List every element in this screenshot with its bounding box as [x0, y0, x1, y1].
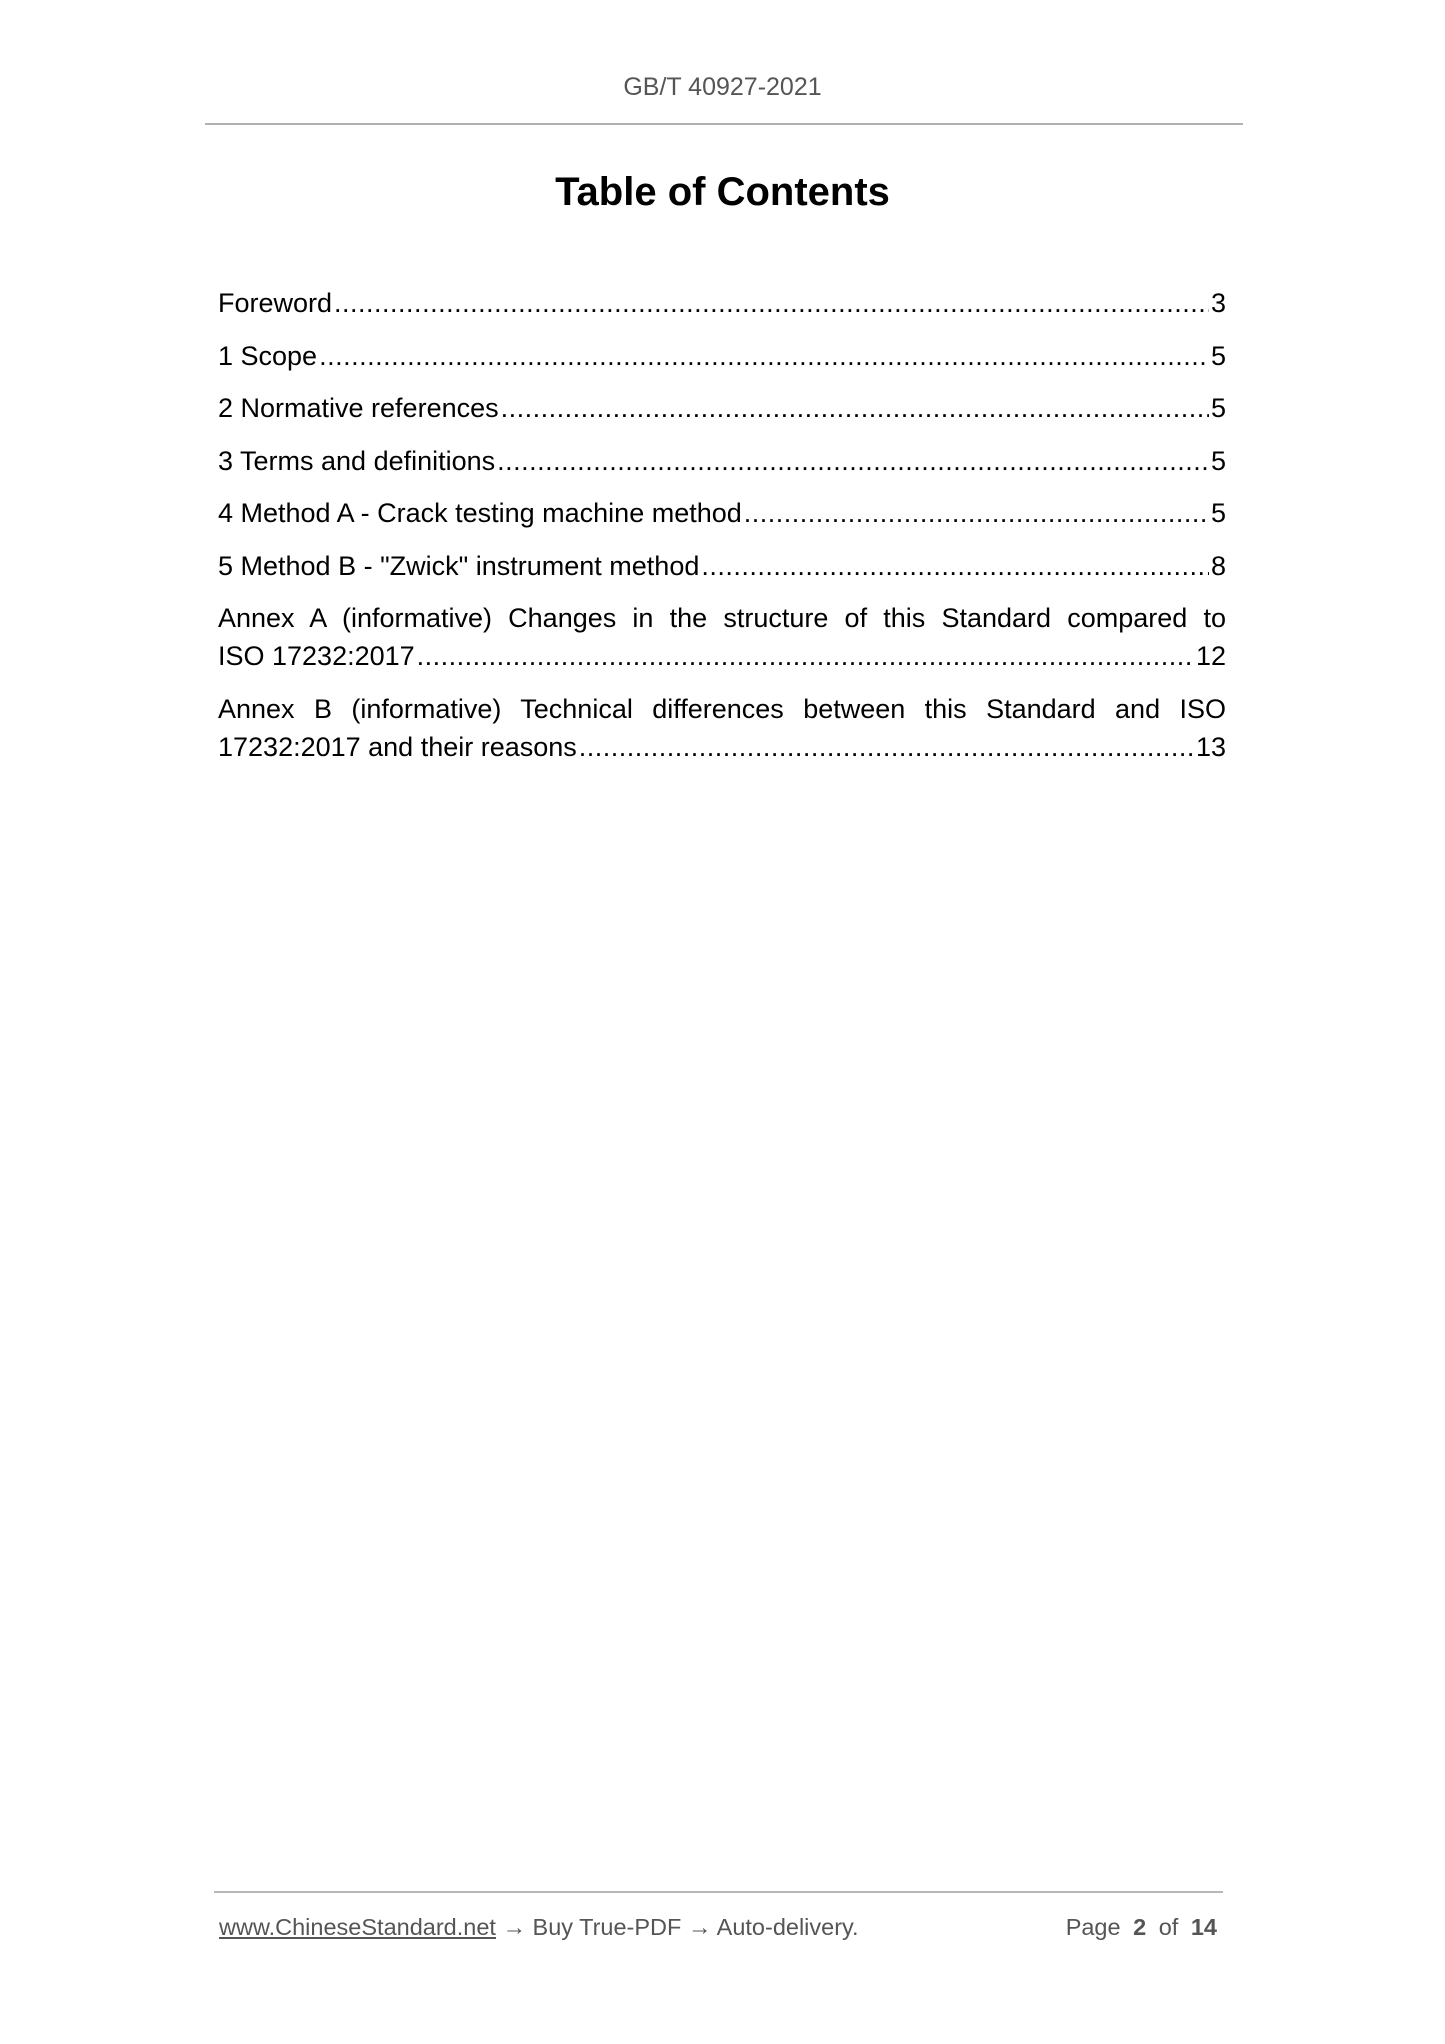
- toc-entry-label: 1 Scope: [218, 337, 317, 375]
- current-page-number: 2: [1133, 1914, 1146, 1940]
- toc-entry-label: Foreword: [218, 284, 332, 322]
- footer-divider: [214, 1891, 1223, 1893]
- auto-delivery-text: Auto-delivery.: [717, 1914, 859, 1940]
- toc-entry-annex-b[interactable]: Annex B (informative) Technical differen…: [218, 690, 1226, 766]
- website-link[interactable]: www.ChineseStandard.net: [219, 1914, 496, 1940]
- page-indicator: Page 2 of 14: [1066, 1912, 1217, 1942]
- dot-leader: [334, 284, 1209, 322]
- toc-page-number: 5: [1211, 442, 1226, 480]
- arrow-right-icon: →: [688, 1914, 712, 1940]
- total-pages-number: 14: [1191, 1914, 1217, 1940]
- toc-page-number: 5: [1211, 337, 1226, 375]
- toc-entry-label: 4 Method A - Crack testing machine metho…: [218, 494, 742, 532]
- toc-page-number: 5: [1211, 494, 1226, 532]
- toc-entry-label-continued: 17232:2017 and their reasons: [218, 728, 577, 766]
- toc-page-number: 3: [1211, 284, 1226, 322]
- page-label: Page: [1066, 1914, 1121, 1940]
- toc-entry-normative-references[interactable]: 2 Normative references 5: [218, 389, 1226, 427]
- dot-leader: [417, 637, 1194, 675]
- page-of-label: of: [1159, 1914, 1179, 1940]
- table-of-contents: Foreword 3 1 Scope 5 2 Normative referen…: [218, 284, 1226, 780]
- toc-entry-terms-and-definitions[interactable]: 3 Terms and definitions 5: [218, 442, 1226, 480]
- arrow-right-icon: →: [502, 1914, 526, 1940]
- header-divider: [205, 123, 1243, 125]
- dot-leader: [497, 442, 1209, 480]
- buy-true-pdf-text: Buy True-PDF: [533, 1914, 682, 1940]
- toc-entry-label: 3 Terms and definitions: [218, 442, 495, 480]
- toc-entry-annex-a[interactable]: Annex A (informative) Changes in the str…: [218, 599, 1226, 675]
- dot-leader: [701, 547, 1209, 585]
- toc-page-number: 12: [1196, 637, 1226, 675]
- toc-entry-label: Annex A (informative) Changes in the str…: [218, 599, 1226, 637]
- toc-entry-label: 2 Normative references: [218, 389, 499, 427]
- toc-entry-foreword[interactable]: Foreword 3: [218, 284, 1226, 322]
- toc-entry-scope[interactable]: 1 Scope 5: [218, 337, 1226, 375]
- toc-entry-label-continued: ISO 17232:2017: [218, 637, 415, 675]
- toc-entry-method-b[interactable]: 5 Method B - "Zwick" instrument method 8: [218, 547, 1226, 585]
- toc-entry-label: 5 Method B - "Zwick" instrument method: [218, 547, 699, 585]
- toc-page-number: 8: [1211, 547, 1226, 585]
- dot-leader: [501, 389, 1209, 427]
- toc-entry-method-a[interactable]: 4 Method A - Crack testing machine metho…: [218, 494, 1226, 532]
- toc-entry-label: Annex B (informative) Technical differen…: [218, 690, 1226, 728]
- dot-leader: [744, 494, 1209, 532]
- page-title: Table of Contents: [0, 168, 1445, 216]
- page-footer: www.ChineseStandard.net → Buy True-PDF →…: [219, 1912, 1219, 1942]
- toc-page-number: 13: [1196, 728, 1226, 766]
- document-id-header: GB/T 40927-2021: [0, 70, 1445, 104]
- dot-leader: [579, 728, 1194, 766]
- dot-leader: [319, 337, 1209, 375]
- toc-page-number: 5: [1211, 389, 1226, 427]
